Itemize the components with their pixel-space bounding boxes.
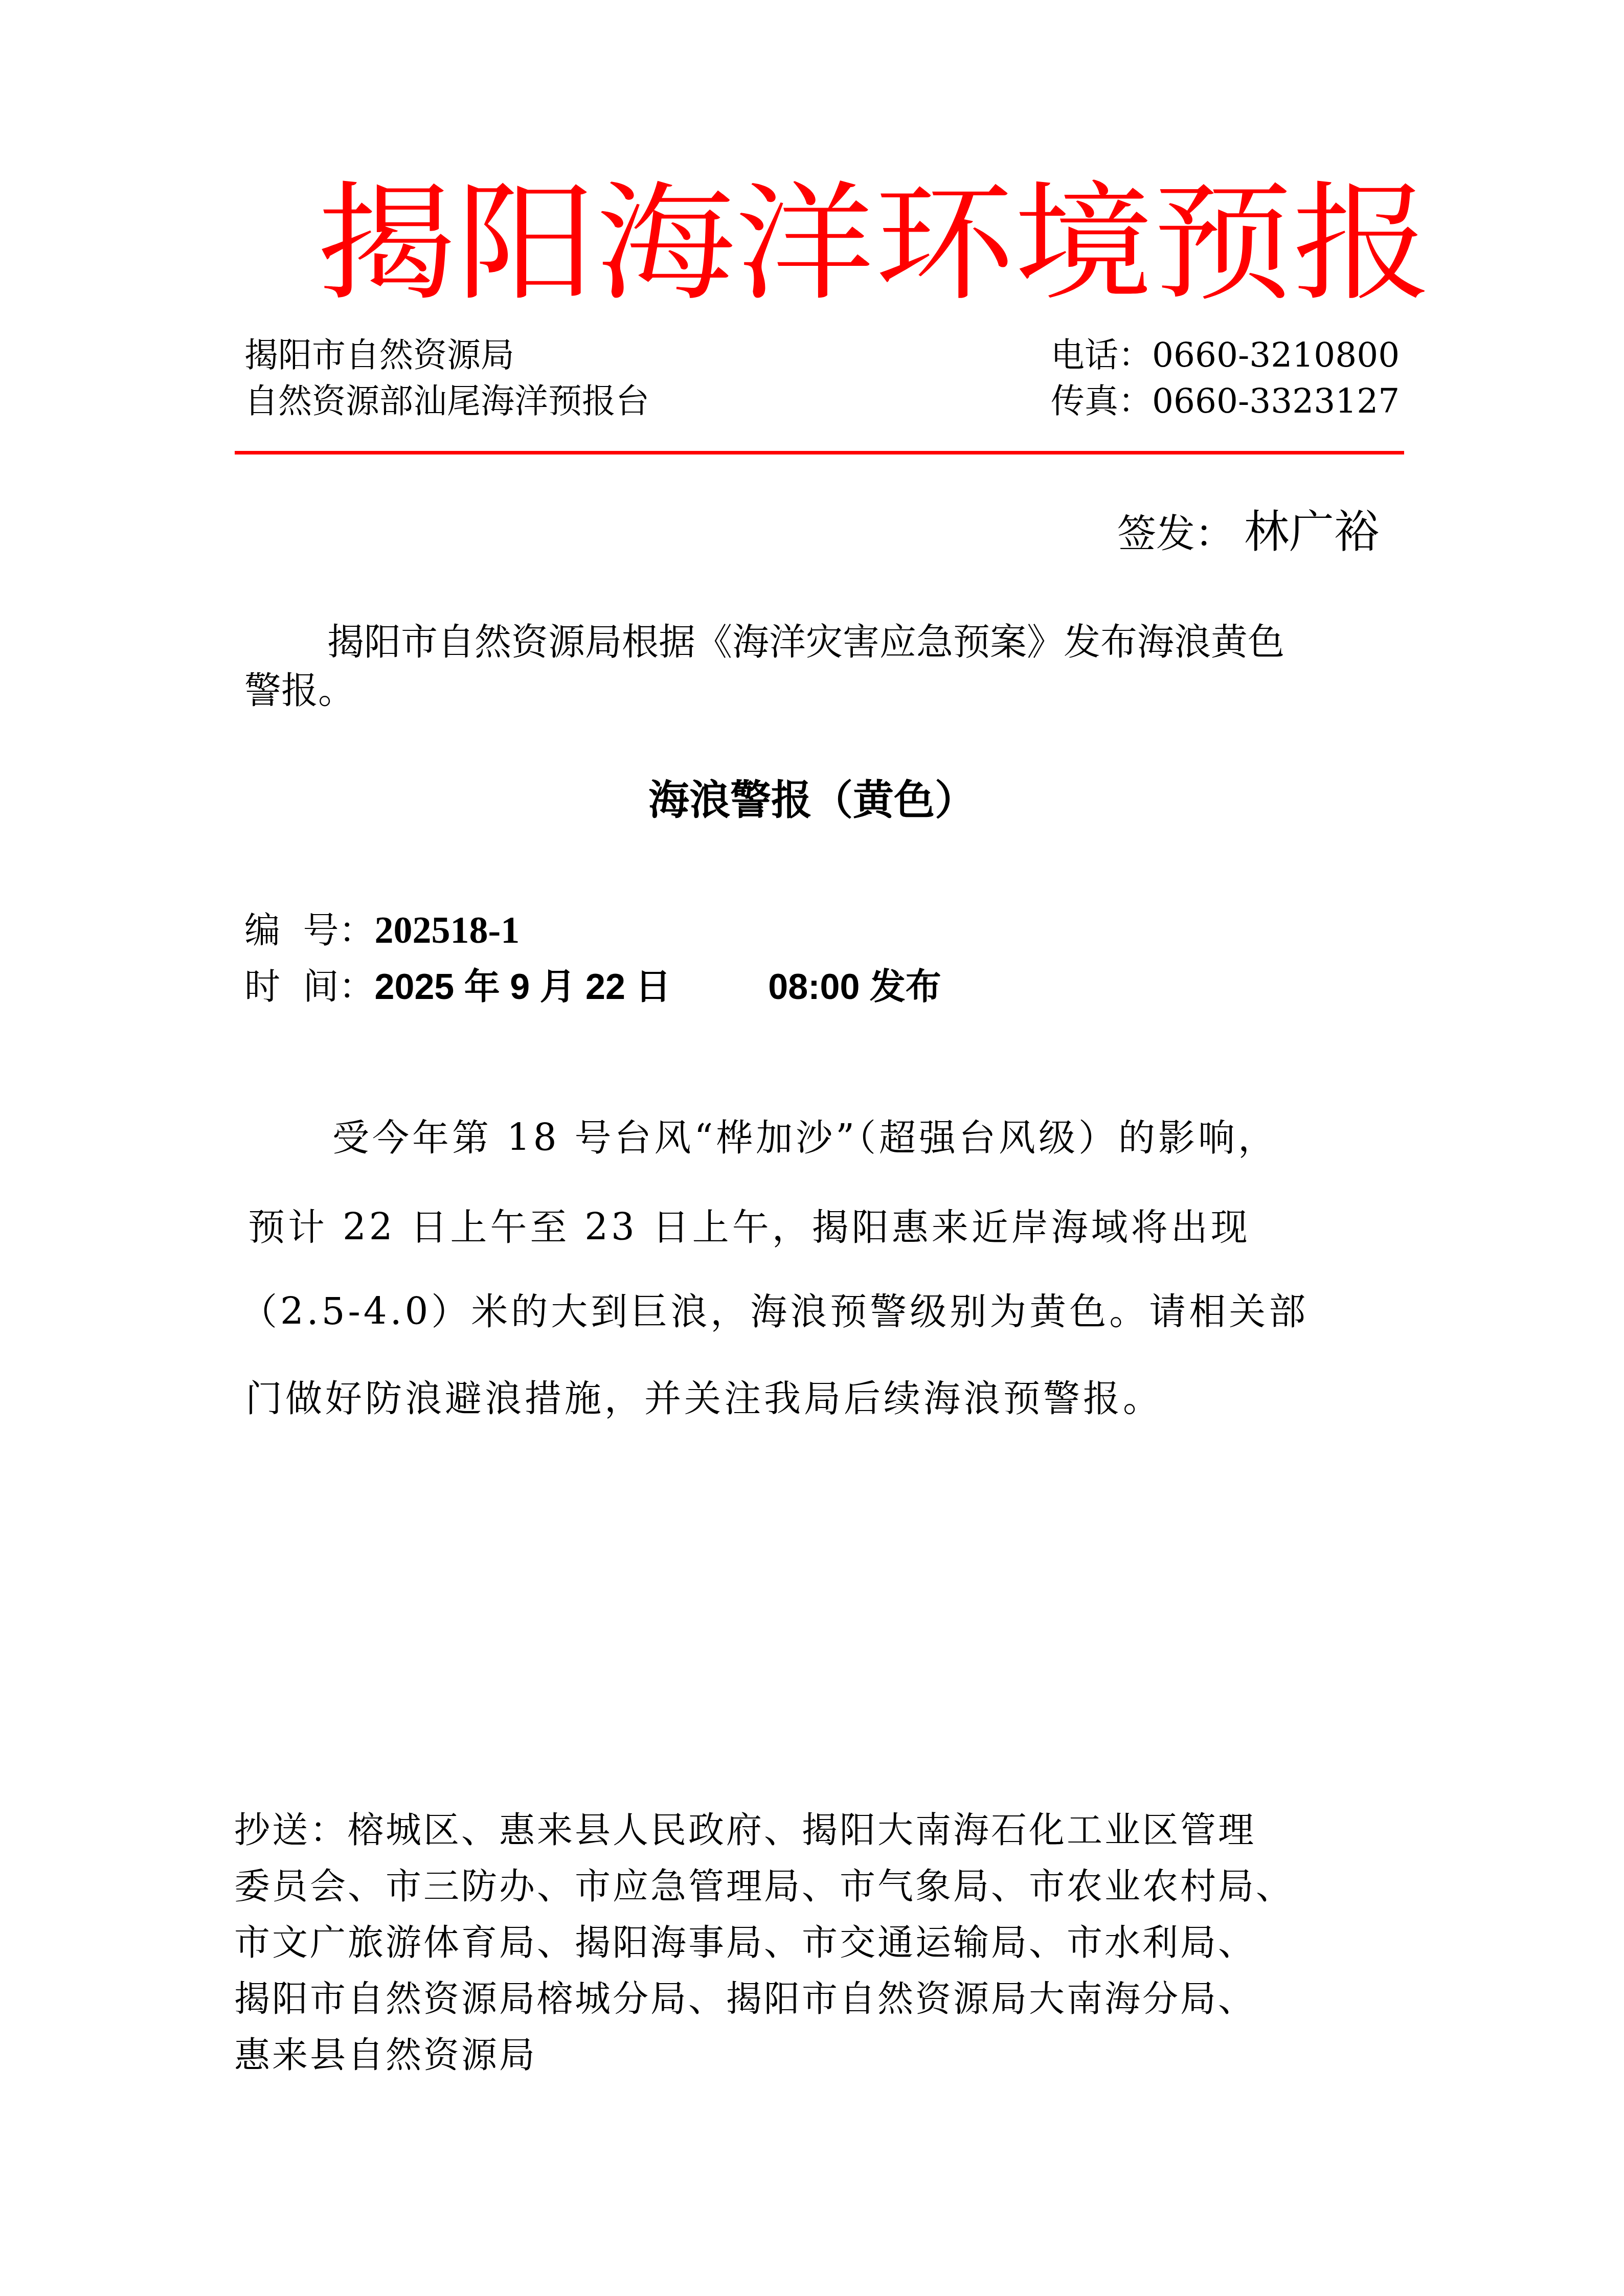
intro-line-1: 揭阳市自然资源局根据《海洋灾害应急预案》发布海浪黄色 [327, 616, 1284, 667]
phone-label: 电话： [1051, 335, 1152, 375]
alert-time-row: 时 间：2025 年 9 月 22 日08:00 发布 [244, 961, 941, 1012]
cc-line-5: 惠来县自然资源局 [234, 2027, 537, 2083]
header-divider [235, 451, 1404, 454]
signer-name: 林广裕 [1244, 505, 1379, 558]
alert-number-row: 编 号：202518-1 [244, 905, 520, 956]
body-line-1: 受今年第 18 号台风“桦加沙”（超强台风级）的影响， [332, 1109, 1278, 1166]
alert-time-label: 时 间： [244, 961, 375, 1012]
issuer-org-1: 揭阳市自然资源局 [244, 330, 514, 381]
signer-label: 签发： [1117, 511, 1234, 556]
body-line-3: （2.5-4.0）米的大到巨浪，海浪预警级别为黄色。请相关部 [240, 1283, 1309, 1339]
fax-number: 0660-3323127 [1152, 381, 1400, 421]
alert-number-label: 编 号： [244, 905, 375, 956]
alert-heading: 海浪警报（黄色） [0, 772, 1624, 828]
body-line-4: 门做好防浪避浪措施，并关注我局后续海浪预警报。 [245, 1370, 1163, 1426]
intro-line-2: 警报。 [244, 665, 355, 716]
alert-date: 2025 年 9 月 22 日 [375, 967, 671, 1007]
fax-line: 传真：0660-3323127 [1051, 376, 1400, 427]
alert-number: 202518-1 [375, 910, 520, 951]
cc-line-3: 市文广旅游体育局、揭阳海事局、市交通运输局、市水利局、 [234, 1915, 1256, 1971]
cc-line-4: 揭阳市自然资源局榕城分局、揭阳市自然资源局大南海分局、 [234, 1971, 1256, 2027]
signer: 签发：林广裕 [1117, 504, 1379, 562]
phone-line: 电话：0660-3210800 [1051, 330, 1400, 381]
cc-line-1: 抄送：榕城区、惠来县人民政府、揭阳大南海石化工业区管理 [234, 1802, 1256, 1858]
fax-label: 传真： [1051, 381, 1152, 421]
cc-line-2: 委员会、市三防办、市应急管理局、市气象局、市农业农村局、 [234, 1858, 1294, 1915]
phone-number: 0660-3210800 [1152, 335, 1400, 375]
issuer-org-2: 自然资源部汕尾海洋预报台 [244, 376, 649, 427]
body-line-2: 预计 22 日上午至 23 日上午，揭阳惠来近岸海域将出现 [248, 1199, 1251, 1255]
alert-issue-time: 08:00 发布 [768, 967, 941, 1007]
masthead-title: 揭阳海洋环境预报 [317, 169, 1516, 322]
